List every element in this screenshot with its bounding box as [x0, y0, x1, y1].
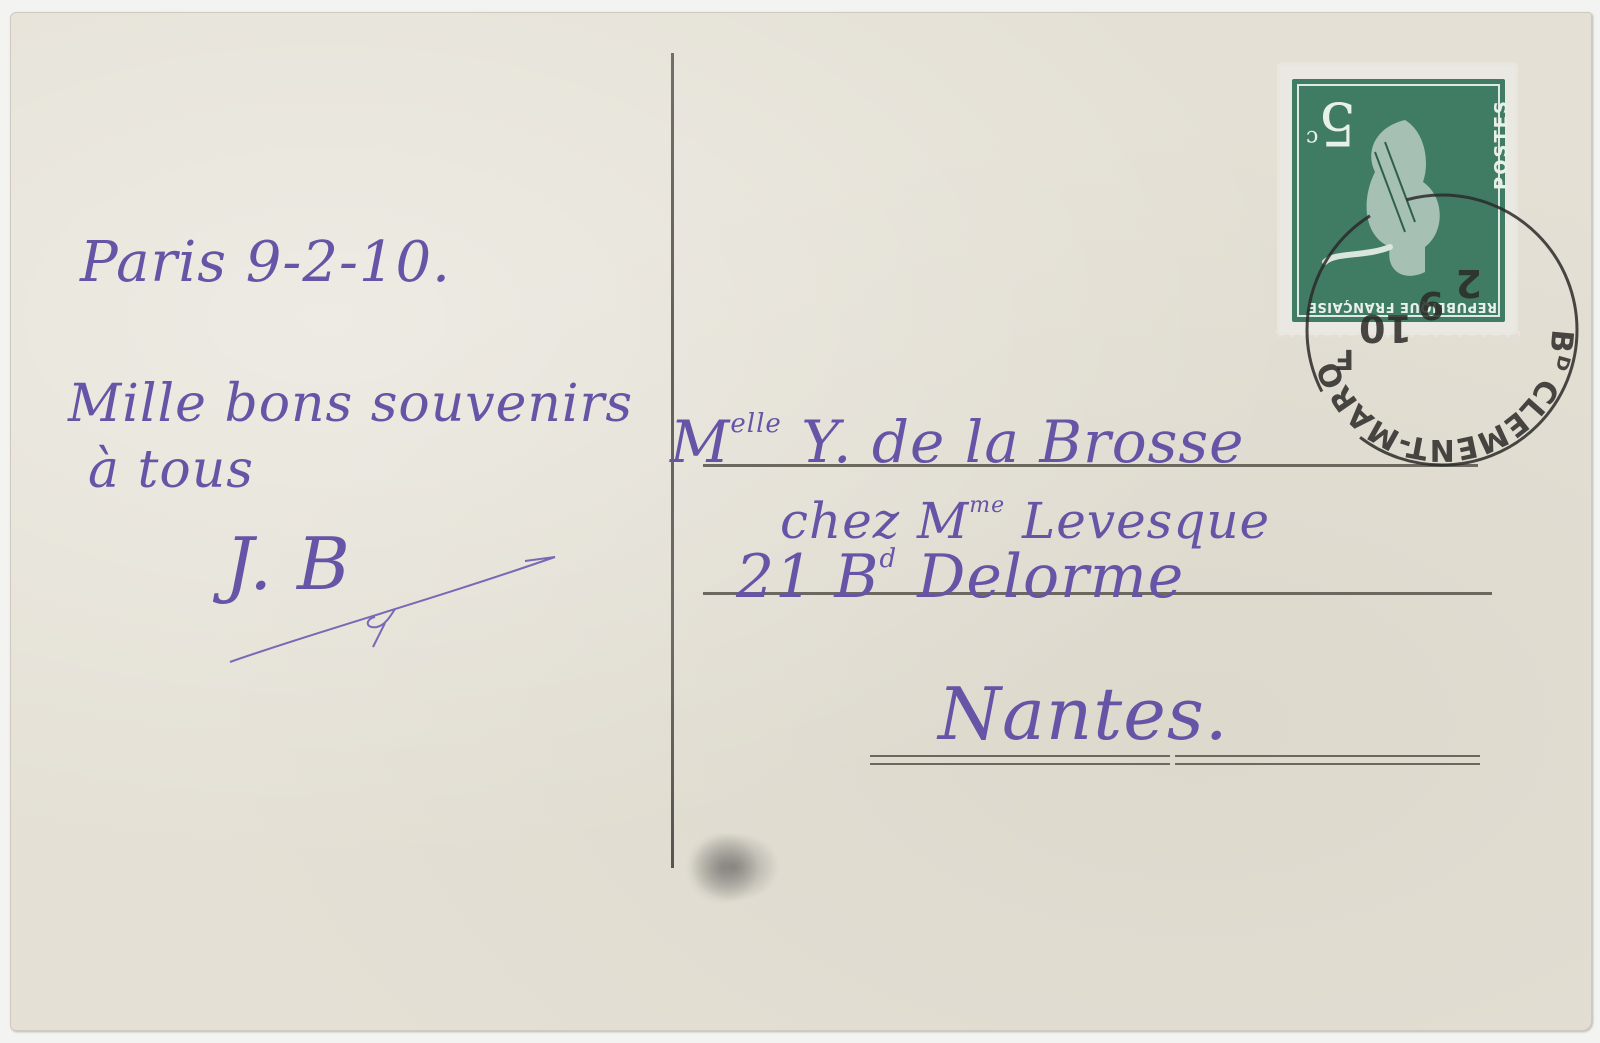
message-line-2: à tous — [88, 440, 254, 500]
signature-flourish — [225, 547, 565, 677]
address-street: 21 Bd Delorme — [736, 542, 1184, 612]
stamp-postes-label: POSTES — [1491, 99, 1512, 190]
recipient-name: Y. de la Brosse — [801, 408, 1244, 476]
postcard-back: Paris 9-2-10. Mille bons souvenirs à tou… — [10, 12, 1592, 1031]
care-of-sup: me — [969, 493, 1005, 518]
address-city: Nantes. — [938, 672, 1229, 756]
postmark-text: Bᴰ CLEMENT-MAROT — [1309, 289, 1592, 480]
address-rule-4a — [870, 763, 1170, 765]
ink-smudge — [690, 832, 780, 902]
stamp-value-unit: c — [1306, 125, 1318, 150]
address-recipient: Melle Y. de la Brosse — [670, 408, 1245, 476]
street-name: Delorme — [917, 542, 1184, 612]
postmark-month: 2 — [1456, 261, 1482, 305]
postmark-prefix: F — [1335, 343, 1354, 376]
postmark-year: 10 — [1359, 306, 1412, 350]
address-rule-4b — [1175, 763, 1480, 765]
street-number: 21 B — [736, 542, 880, 612]
postmark-cancellation: Bᴰ CLEMENT-MAROT 9 2 10 F — [1292, 180, 1592, 480]
street-type-sup: d — [880, 544, 898, 574]
stamp-value: 5c — [1306, 93, 1357, 153]
svg-text:Bᴰ CLEMENT-MAROT: Bᴰ CLEMENT-MAROT — [1309, 289, 1592, 480]
message-date: Paris 9-2-10. — [80, 230, 451, 295]
postmark-day: 9 — [1418, 283, 1444, 327]
recipient-title-sup: elle — [730, 409, 781, 439]
stamp-value-number: 5 — [1318, 88, 1356, 158]
recipient-title: M — [670, 408, 730, 476]
message-line-1: Mille bons souvenirs — [68, 374, 633, 434]
